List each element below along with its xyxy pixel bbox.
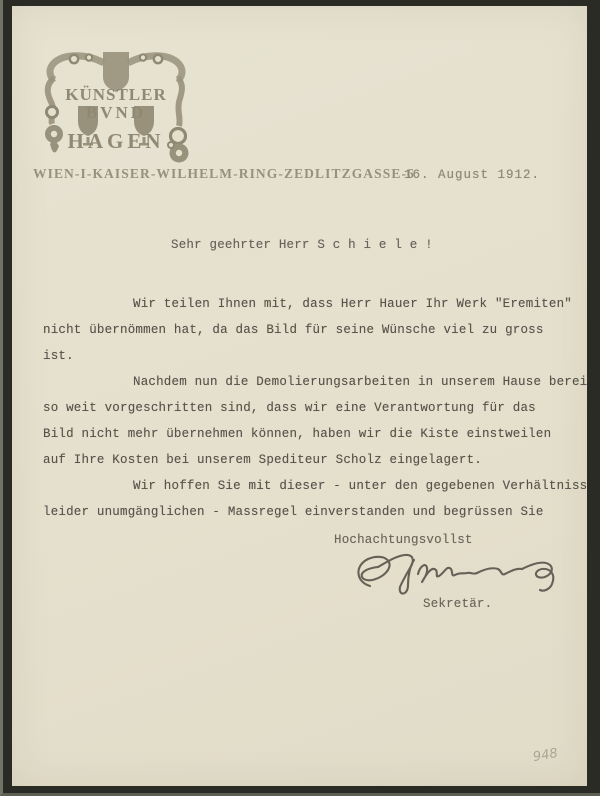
body-line: ist. (43, 343, 571, 369)
body-line: Bild nicht mehr übernehmen können, haben… (43, 421, 571, 447)
paragraph: Wir teilen Ihnen mit, dass Herr Hauer Ih… (43, 291, 571, 369)
logo-text-kunstler: KÜNSTLER (65, 85, 167, 104)
body-line: Wir hoffen Sie mit dieser - unter den ge… (43, 473, 571, 499)
letter-page: KÜNSTLER BVND HAGEN WIEN-I-KAISER-WILHEL… (12, 6, 587, 786)
pencil-inventory-number: 948 (532, 746, 559, 765)
body-line: so weit vorgeschritten sind, dass wir ei… (43, 395, 571, 421)
letterhead-emblem: KÜNSTLER BVND HAGEN (32, 50, 200, 177)
paragraph: Nachdem nun die Demolierungsarbeiten in … (43, 369, 571, 473)
letter-date: 16. August 1912. (404, 168, 540, 182)
letterhead-address: WIEN-I-KAISER-WILHELM-RING-ZEDLITZGASSE-… (33, 166, 415, 182)
logo-text-bund: BVND (86, 103, 146, 122)
body-line: nicht übernömmen hat, da das Bild für se… (43, 317, 571, 343)
signature-title: Sekretär. (423, 597, 492, 611)
paragraph: Wir hoffen Sie mit dieser - unter den ge… (43, 473, 571, 525)
logo-text-hagen: HAGEN (67, 129, 164, 153)
salutation: Sehr geehrter Herr S c h i e l e ! (43, 238, 571, 252)
scan-background: KÜNSTLER BVND HAGEN WIEN-I-KAISER-WILHEL… (0, 0, 600, 796)
body-line: auf Ihre Kosten bei unserem Spediteur Sc… (43, 447, 571, 473)
closing-phrase: Hochachtungsvollst (334, 533, 473, 547)
kunstlerbund-hagen-logo-icon: KÜNSTLER BVND HAGEN (32, 50, 200, 172)
body-line: Wir teilen Ihnen mit, dass Herr Hauer Ih… (43, 291, 571, 317)
body-line: Nachdem nun die Demolierungsarbeiten in … (43, 369, 571, 395)
body-line: leider unumgänglichen - Massregel einver… (43, 499, 571, 525)
letter-body: Sehr geehrter Herr S c h i e l e ! Wir t… (43, 238, 571, 525)
